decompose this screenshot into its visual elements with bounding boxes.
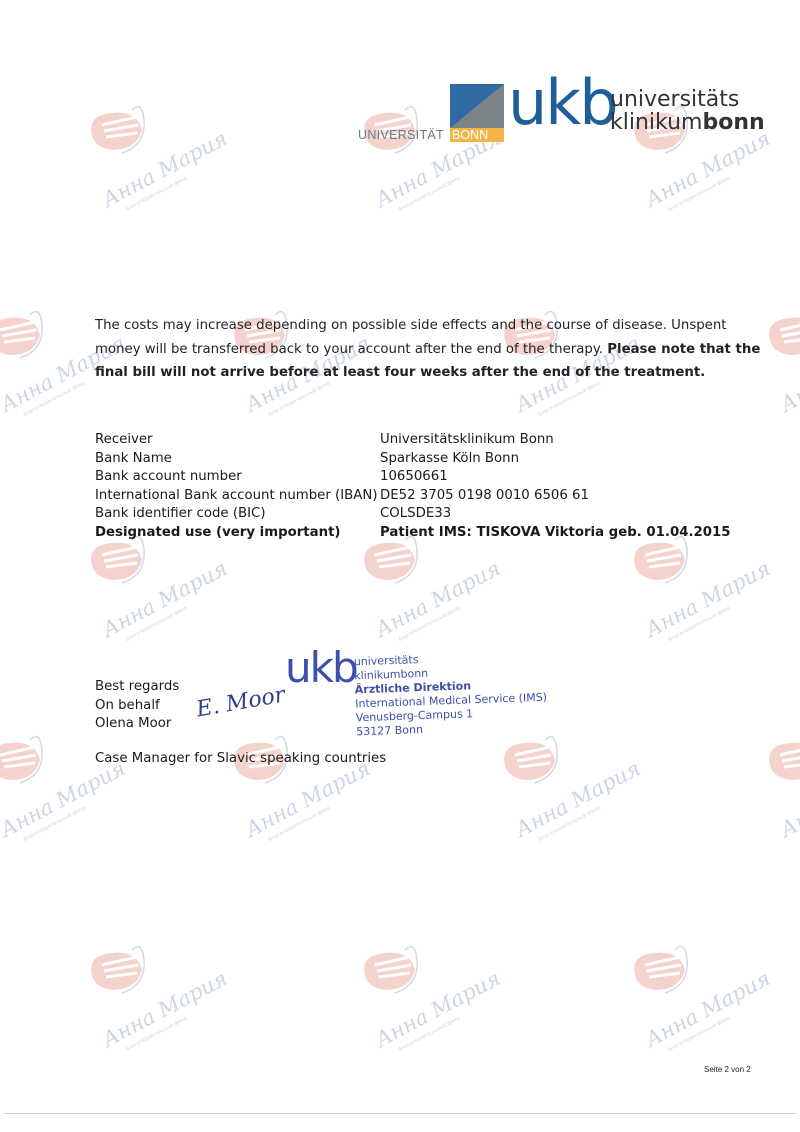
watermark-subtext: Благотворительный фонд — [538, 380, 602, 418]
watermark-subtext: Благотворительный фонд — [23, 805, 87, 843]
watermark-text: Анна Мария — [98, 556, 231, 642]
watermark-text: Анна Мария — [776, 331, 800, 417]
watermark-subtext: Благотворительный фонд — [538, 805, 602, 843]
logo-square-icon — [450, 84, 504, 128]
bank-detail-row: Designated use (very important)Patient I… — [95, 524, 731, 543]
watermark-subtext: Благотворительный фонд — [398, 605, 462, 643]
watermark-subtext: Благотворительный фонд — [398, 1015, 462, 1053]
watermark-subtext: Благотворительный фонд — [668, 175, 732, 213]
closing-block: Best regards On behalf Olena Moor — [95, 678, 179, 734]
clinic-name-bold: bonn — [702, 110, 764, 135]
hand-heart-icon — [760, 725, 800, 785]
bank-detail-value: Patient IMS: TISKOVA Viktoria geb. 01.04… — [380, 524, 731, 543]
watermark-text: Анна Мария — [241, 756, 374, 842]
stamp-text: universitätsklinikumbonnÄrztliche Direkt… — [354, 649, 549, 740]
watermark-logo: Анна МарияБлаготворительный фонд — [82, 935, 232, 1065]
watermark-subtext: Благотворительный фонд — [23, 380, 87, 418]
watermark-text: Анна Мария — [98, 966, 231, 1052]
watermark-text: Анна Мария — [371, 966, 504, 1052]
watermark-subtext: Благотворительный фонд — [398, 175, 462, 213]
watermark-logo: Анна МарияБлаготворительный фонд — [82, 95, 232, 225]
bank-detail-value: COLSDE33 — [380, 505, 451, 524]
watermark-text: Анна Мария — [641, 966, 774, 1052]
handwritten-signature: E. Moor — [195, 682, 288, 722]
watermark-subtext: Благотворительный фонд — [125, 175, 189, 213]
watermark-logo: Анна МарияБлаготворительный фонд — [355, 935, 505, 1065]
watermark-subtext: Благотворительный фонд — [125, 1015, 189, 1053]
hand-heart-icon — [355, 935, 425, 995]
watermark-text: Анна Мария — [371, 556, 504, 642]
bank-detail-row: Bank identifier code (BIC)COLSDE33 — [95, 505, 731, 524]
bank-detail-row: Bank NameSparkasse Köln Bonn — [95, 450, 731, 469]
watermark-text: Анна Мария — [641, 556, 774, 642]
watermark-logo: Анна МарияБлаготворительный фонд — [355, 525, 505, 655]
clinic-name-line2: klinikumbonn — [610, 111, 765, 135]
universitaet-label: UNIVERSITÄT — [358, 128, 444, 142]
bank-detail-value: 10650661 — [380, 468, 448, 487]
bank-detail-row: International Bank account number (IBAN)… — [95, 487, 731, 506]
bank-detail-label: Bank identifier code (BIC) — [95, 505, 380, 524]
bank-detail-value: Sparkasse Köln Bonn — [380, 450, 519, 469]
clinic-name-line1: universitäts — [610, 88, 739, 112]
hand-heart-icon — [0, 300, 50, 360]
bank-detail-label: Receiver — [95, 431, 380, 450]
watermark-subtext: Благотворительный фонд — [268, 380, 332, 418]
ukb-logo: UNIVERSITÄT BONN ukb universitäts klinik… — [358, 84, 778, 144]
watermark-logo: Анна МарияБлаготворительный фонд — [625, 935, 775, 1065]
signatory-role: Case Manager for Slavic speaking countri… — [95, 751, 386, 766]
bank-detail-row: Bank account number10650661 — [95, 468, 731, 487]
watermark-text: Анна Мария — [511, 756, 644, 842]
bank-detail-label: International Bank account number (IBAN) — [95, 487, 380, 506]
watermark-subtext: Благотворительный фонд — [668, 1015, 732, 1053]
watermark-logo: Анна МарияБлаготворительный фонд — [82, 525, 232, 655]
bottom-divider — [4, 1113, 796, 1114]
watermark-logo: Анна МарияБлаготворительный фонд — [495, 725, 645, 855]
clinic-name-regular: klinikum — [610, 110, 702, 135]
signatory-name: Olena Moor — [95, 715, 179, 734]
watermark-logo: Анна МарияБлаготворительный фонд — [625, 525, 775, 655]
hand-heart-icon — [82, 95, 152, 155]
ukb-mark: ukb — [508, 72, 617, 134]
bank-detail-value: DE52 3705 0198 0010 6506 61 — [380, 487, 589, 506]
hand-heart-icon — [0, 725, 50, 785]
watermark-subtext: Благотворительный фонд — [125, 605, 189, 643]
bank-detail-row: ReceiverUniversitätsklinikum Bonn — [95, 431, 731, 450]
watermark-logo: Анна МарияБлаготворительный фонд — [760, 725, 800, 855]
bank-detail-value: Universitätsklinikum Bonn — [380, 431, 554, 450]
closing-on-behalf: On behalf — [95, 697, 179, 716]
page-number: Seite 2 von 2 — [704, 1065, 751, 1074]
watermark-subtext: Благотворительный фонд — [268, 805, 332, 843]
bank-detail-label: Bank Name — [95, 450, 380, 469]
watermark-text: Анна Мария — [0, 756, 129, 842]
watermark-logo: Анна МарияБлаготворительный фонд — [0, 725, 130, 855]
watermark-subtext: Благотворительный фонд — [668, 605, 732, 643]
cost-notice-paragraph: The costs may increase depending on poss… — [95, 314, 775, 385]
bonn-label: BONN — [450, 128, 504, 142]
bank-detail-label: Bank account number — [95, 468, 380, 487]
watermark-logo: Анна МарияБлаготворительный фонд — [225, 725, 375, 855]
stamp-ukb-mark: ukb — [285, 646, 357, 690]
closing-greeting: Best regards — [95, 678, 179, 697]
watermark-text: Анна Мария — [776, 756, 800, 842]
hand-heart-icon — [625, 935, 695, 995]
watermark-text: Анна Мария — [98, 126, 231, 212]
bank-detail-label: Designated use (very important) — [95, 524, 380, 543]
bank-details-table: ReceiverUniversitätsklinikum BonnBank Na… — [95, 431, 731, 542]
hand-heart-icon — [82, 935, 152, 995]
